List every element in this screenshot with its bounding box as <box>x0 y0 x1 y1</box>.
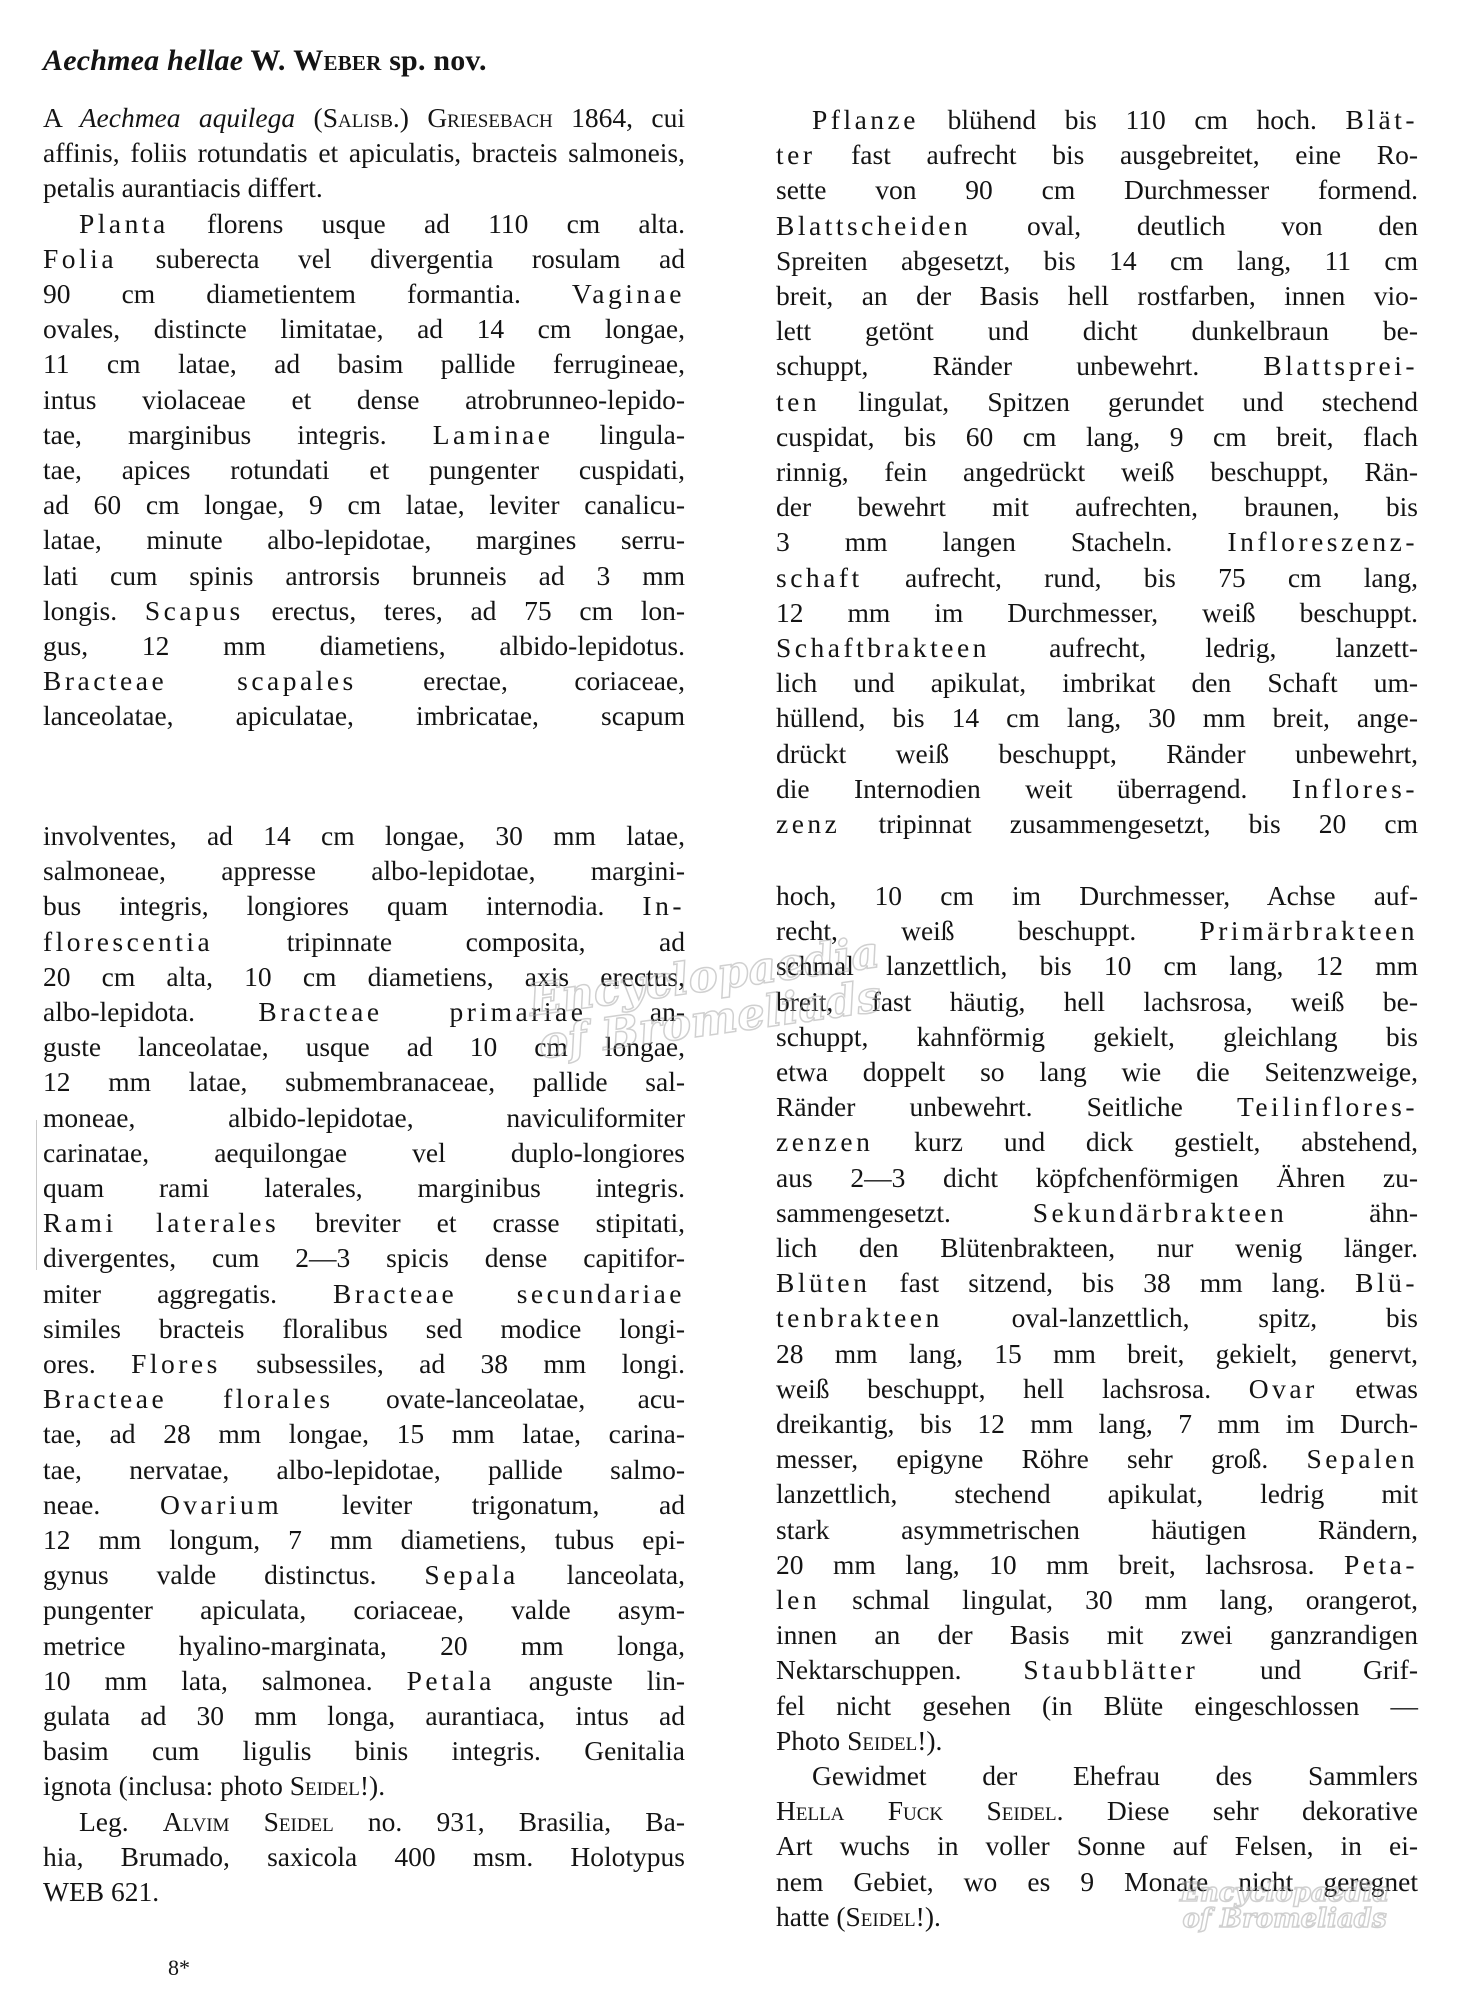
text-line: Folia suberecta vel divergentia rosulam … <box>43 241 685 276</box>
text-line: der bewehrt mit aufrechten, braunen, bis <box>776 489 1418 524</box>
species-name: Aechmea hellae <box>43 44 243 77</box>
text-line: schuppt, Ränder unbewehrt. Blattsprei- <box>776 348 1418 383</box>
text-line: tae, apices rotundati et pungenter cuspi… <box>43 452 685 487</box>
german-description-part-2: hoch, 10 cm im Durchmesser, Achse auf-re… <box>776 878 1418 1758</box>
text-line: 12 mm longum, 7 mm diametiens, tubus epi… <box>43 1522 685 1557</box>
text-line: Blüten fast sitzend, bis 38 mm lang. Blü… <box>776 1265 1418 1300</box>
text-line: carinatae, aequilongae vel duplo-longior… <box>43 1135 685 1170</box>
text-line: ter fast aufrecht bis ausgebreitet, eine… <box>776 137 1418 172</box>
text-line: zenzen kurz und dick gestielt, abstehend… <box>776 1124 1418 1159</box>
german-column-top: Pflanze blühend bis 110 cm hoch. Blät-te… <box>776 102 1418 841</box>
text-line: schmal lanzettlich, bis 10 cm lang, 12 m… <box>776 948 1418 983</box>
text-line: hoch, 10 cm im Durchmesser, Achse auf- <box>776 878 1418 913</box>
text-line: tenbrakteen oval-lanzettlich, spitz, bis <box>776 1300 1418 1335</box>
text-line: len schmal lingulat, 30 mm lang, oranger… <box>776 1582 1418 1617</box>
text-line: 12 mm latae, submembranaceae, pallide sa… <box>43 1064 685 1099</box>
text-line: lich den Blütenbrakteen, nur wenig länge… <box>776 1230 1418 1265</box>
text-line: ovales, distincte limitatae, ad 14 cm lo… <box>43 311 685 346</box>
text-line: bus integris, longiores quam internodia.… <box>43 888 685 923</box>
text-line: 12 mm im Durchmesser, weiß beschuppt. <box>776 595 1418 630</box>
latin-column-bottom: involventes, ad 14 cm longae, 30 mm lata… <box>43 818 685 1909</box>
text-line: schaft aufrecht, rund, bis 75 cm lang, <box>776 560 1418 595</box>
text-line: Spreiten abgesetzt, bis 14 cm lang, 11 c… <box>776 243 1418 278</box>
text-line: 90 cm diametientem formantia. Vaginae <box>43 276 685 311</box>
text-line: neae. Ovarium leviter trigonatum, ad <box>43 1487 685 1522</box>
text-line: Gewidmet der Ehefrau des Sammlers <box>776 1758 1418 1793</box>
text-line: Rami laterales breviter et crasse stipit… <box>43 1205 685 1240</box>
text-line: hia, Brumado, saxicola 400 msm. Holotypu… <box>43 1839 685 1874</box>
document-page: Aechmea hellae W. Weber sp. nov. A Aechm… <box>0 0 1469 1993</box>
latin-description-part-1: Planta florens usque ad 110 cm alta.Foli… <box>43 206 685 734</box>
margin-scan-line <box>36 1120 37 1270</box>
species-title: Aechmea hellae W. Weber sp. nov. <box>43 44 487 78</box>
text-line: pungenter apiculata, coriaceae, valde as… <box>43 1592 685 1627</box>
text-line: 28 mm lang, 15 mm breit, gekielt, generv… <box>776 1336 1418 1371</box>
text-line: sammengesetzt. Sekundärbrakteen ähn- <box>776 1195 1418 1230</box>
author-initial: W. <box>250 44 285 77</box>
text-line: hüllend, bis 14 cm lang, 30 mm breit, an… <box>776 700 1418 735</box>
latin-column-top: A Aechmea aquilega (Salisb.) Griesebach … <box>43 100 685 734</box>
text-line: Blattscheiden oval, deutlich von den <box>776 208 1418 243</box>
text-line: stark asymmetrischen häutigen Rändern, <box>776 1512 1418 1547</box>
text-line: latae, minute albo-lepidotae, margines s… <box>43 522 685 557</box>
text-line: 10 mm lata, salmonea. Petala anguste lin… <box>43 1663 685 1698</box>
text-line: lati cum spinis antrorsis brunneis ad 3 … <box>43 558 685 593</box>
text-line: ten lingulat, Spitzen gerundet und stech… <box>776 384 1418 419</box>
text-line: hatte (Seidel!). <box>776 1899 1418 1934</box>
text-line: tae, ad 28 mm longae, 15 mm latae, carin… <box>43 1416 685 1451</box>
text-line: tae, marginibus integris. Laminae lingul… <box>43 417 685 452</box>
text-line: innen an der Basis mit zwei ganzrandigen <box>776 1617 1418 1652</box>
text-line: ores. Flores subsessiles, ad 38 mm longi… <box>43 1346 685 1381</box>
collection-data: Leg. Alvim Seidel no. 931, Brasilia, Ba-… <box>43 1804 685 1910</box>
text-line: lett getönt und dicht dunkelbraun be- <box>776 313 1418 348</box>
text-line: longis. Scapus erectus, teres, ad 75 cm … <box>43 593 685 628</box>
text-line: die Internodien weit überragend. Inflore… <box>776 771 1418 806</box>
text-line: schuppt, kahnförmig gekielt, gleichlang … <box>776 1019 1418 1054</box>
text-line: breit, fast häutig, hell lachsrosa, weiß… <box>776 984 1418 1019</box>
german-column-bottom: hoch, 10 cm im Durchmesser, Achse auf-re… <box>776 878 1418 1934</box>
text-line: Pflanze blühend bis 110 cm hoch. Blät- <box>776 102 1418 137</box>
authority-parenthetical: (Salisb.) <box>314 102 409 133</box>
diagnosis-prefix: A <box>43 102 80 133</box>
text-line: Leg. Alvim Seidel no. 931, Brasilia, Ba- <box>43 1804 685 1839</box>
text-line: nem Gebiet, wo es 9 Monate nicht geregne… <box>776 1864 1418 1899</box>
text-line: Art wuchs in voller Sonne auf Felsen, in… <box>776 1828 1418 1863</box>
text-line: etwa doppelt so lang wie die Seitenzweig… <box>776 1054 1418 1089</box>
text-line: weiß beschuppt, hell lachsrosa. Ovar etw… <box>776 1371 1418 1406</box>
text-line: lanzettlich, stechend apikulat, ledrig m… <box>776 1476 1418 1511</box>
text-line: miter aggregatis. Bracteae secundariae <box>43 1276 685 1311</box>
text-line: WEB 621. <box>43 1874 685 1909</box>
text-line: metrice hyalino-marginata, 20 mm longa, <box>43 1628 685 1663</box>
text-line: Planta florens usque ad 110 cm alta. <box>43 206 685 241</box>
text-line: cuspidat, bis 60 cm lang, 9 cm breit, fl… <box>776 419 1418 454</box>
text-line: lich und apikulat, imbrikat den Schaft u… <box>776 665 1418 700</box>
text-line: divergentes, cum 2—3 spicis dense capiti… <box>43 1240 685 1275</box>
text-line: basim cum ligulis binis integris. Genita… <box>43 1733 685 1768</box>
text-line: dreikantig, bis 12 mm lang, 7 mm im Durc… <box>776 1406 1418 1441</box>
text-line: guste lanceolatae, usque ad 10 cm longae… <box>43 1029 685 1064</box>
text-line: Bracteae florales ovate-lanceolatae, acu… <box>43 1381 685 1416</box>
text-line: messer, epigyne Röhre sehr groß. Sepalen <box>776 1441 1418 1476</box>
text-line: zenz tripinnat zusammengesetzt, bis 20 c… <box>776 806 1418 841</box>
text-line: gulata ad 30 mm longa, aurantiaca, intus… <box>43 1698 685 1733</box>
text-line: sette von 90 cm Durchmesser formend. <box>776 172 1418 207</box>
text-line: 20 mm lang, 10 mm breit, lachsrosa. Peta… <box>776 1547 1418 1582</box>
compared-species: Aechmea aquilega <box>80 102 295 133</box>
text-line: drückt weiß beschuppt, Ränder unbewehrt, <box>776 736 1418 771</box>
text-line: breit, an der Basis hell rostfarben, inn… <box>776 278 1418 313</box>
text-line: aus 2—3 dicht köpfchenförmigen Ähren zu- <box>776 1160 1418 1195</box>
text-line: tae, nervatae, albo-lepidotae, pallide s… <box>43 1452 685 1487</box>
text-line: Nektarschuppen. Staubblätter und Grif- <box>776 1652 1418 1687</box>
page-signature: 8* <box>168 1955 190 1981</box>
text-line: moneae, albido-lepidotae, naviculiformit… <box>43 1100 685 1135</box>
text-line: rinnig, fein angedrückt weiß beschuppt, … <box>776 454 1418 489</box>
text-line: quam rami laterales, marginibus integris… <box>43 1170 685 1205</box>
text-line: 11 cm latae, ad basim pallide ferruginea… <box>43 346 685 381</box>
text-line: involventes, ad 14 cm longae, 30 mm lata… <box>43 818 685 853</box>
text-line: ad 60 cm longae, 9 cm latae, leviter can… <box>43 487 685 522</box>
text-line: similes bracteis floralibus sed modice l… <box>43 1311 685 1346</box>
text-line: 20 cm alta, 10 cm diametiens, axis erect… <box>43 959 685 994</box>
text-line: Ränder unbewehrt. Seitliche Teilinflores… <box>776 1089 1418 1124</box>
dedication-paragraph: Gewidmet der Ehefrau des SammlersHella F… <box>776 1758 1418 1934</box>
text-line: florescentia tripinnate composita, ad <box>43 924 685 959</box>
text-line: ignota (inclusa: photo Seidel!). <box>43 1768 685 1803</box>
text-line: intus violaceae et dense atrobrunneo-lep… <box>43 382 685 417</box>
text-line: Bracteae scapales erectae, coriaceae, <box>43 663 685 698</box>
authority: Griesebach <box>427 102 552 133</box>
text-line: salmoneae, appresse albo-lepidotae, marg… <box>43 853 685 888</box>
text-line: Photo Seidel!). <box>776 1723 1418 1758</box>
text-line: Hella Fuck Seidel. Diese sehr dekorative <box>776 1793 1418 1828</box>
german-description-part-1: Pflanze blühend bis 110 cm hoch. Blät-te… <box>776 102 1418 841</box>
latin-description-part-2: involventes, ad 14 cm longae, 30 mm lata… <box>43 818 685 1804</box>
text-line: recht, weiß beschuppt. Primärbrakteen <box>776 913 1418 948</box>
nomenclatural-status: sp. nov. <box>389 44 487 77</box>
text-line: gus, 12 mm diametiens, albido-lepidotus. <box>43 628 685 663</box>
author-name: Weber <box>293 44 381 77</box>
text-line: lanceolatae, apiculatae, imbricatae, sca… <box>43 698 685 733</box>
text-line: Schaftbrakteen aufrecht, ledrig, lanzett… <box>776 630 1418 665</box>
text-line: albo-lepidota. Bracteae primariae an- <box>43 994 685 1029</box>
latin-diagnosis: A Aechmea aquilega (Salisb.) Griesebach … <box>43 100 685 206</box>
text-line: gynus valde distinctus. Sepala lanceolat… <box>43 1557 685 1592</box>
text-line: fel nicht gesehen (in Blüte eingeschloss… <box>776 1688 1418 1723</box>
text-line: 3 mm langen Stacheln. Infloreszenz- <box>776 524 1418 559</box>
